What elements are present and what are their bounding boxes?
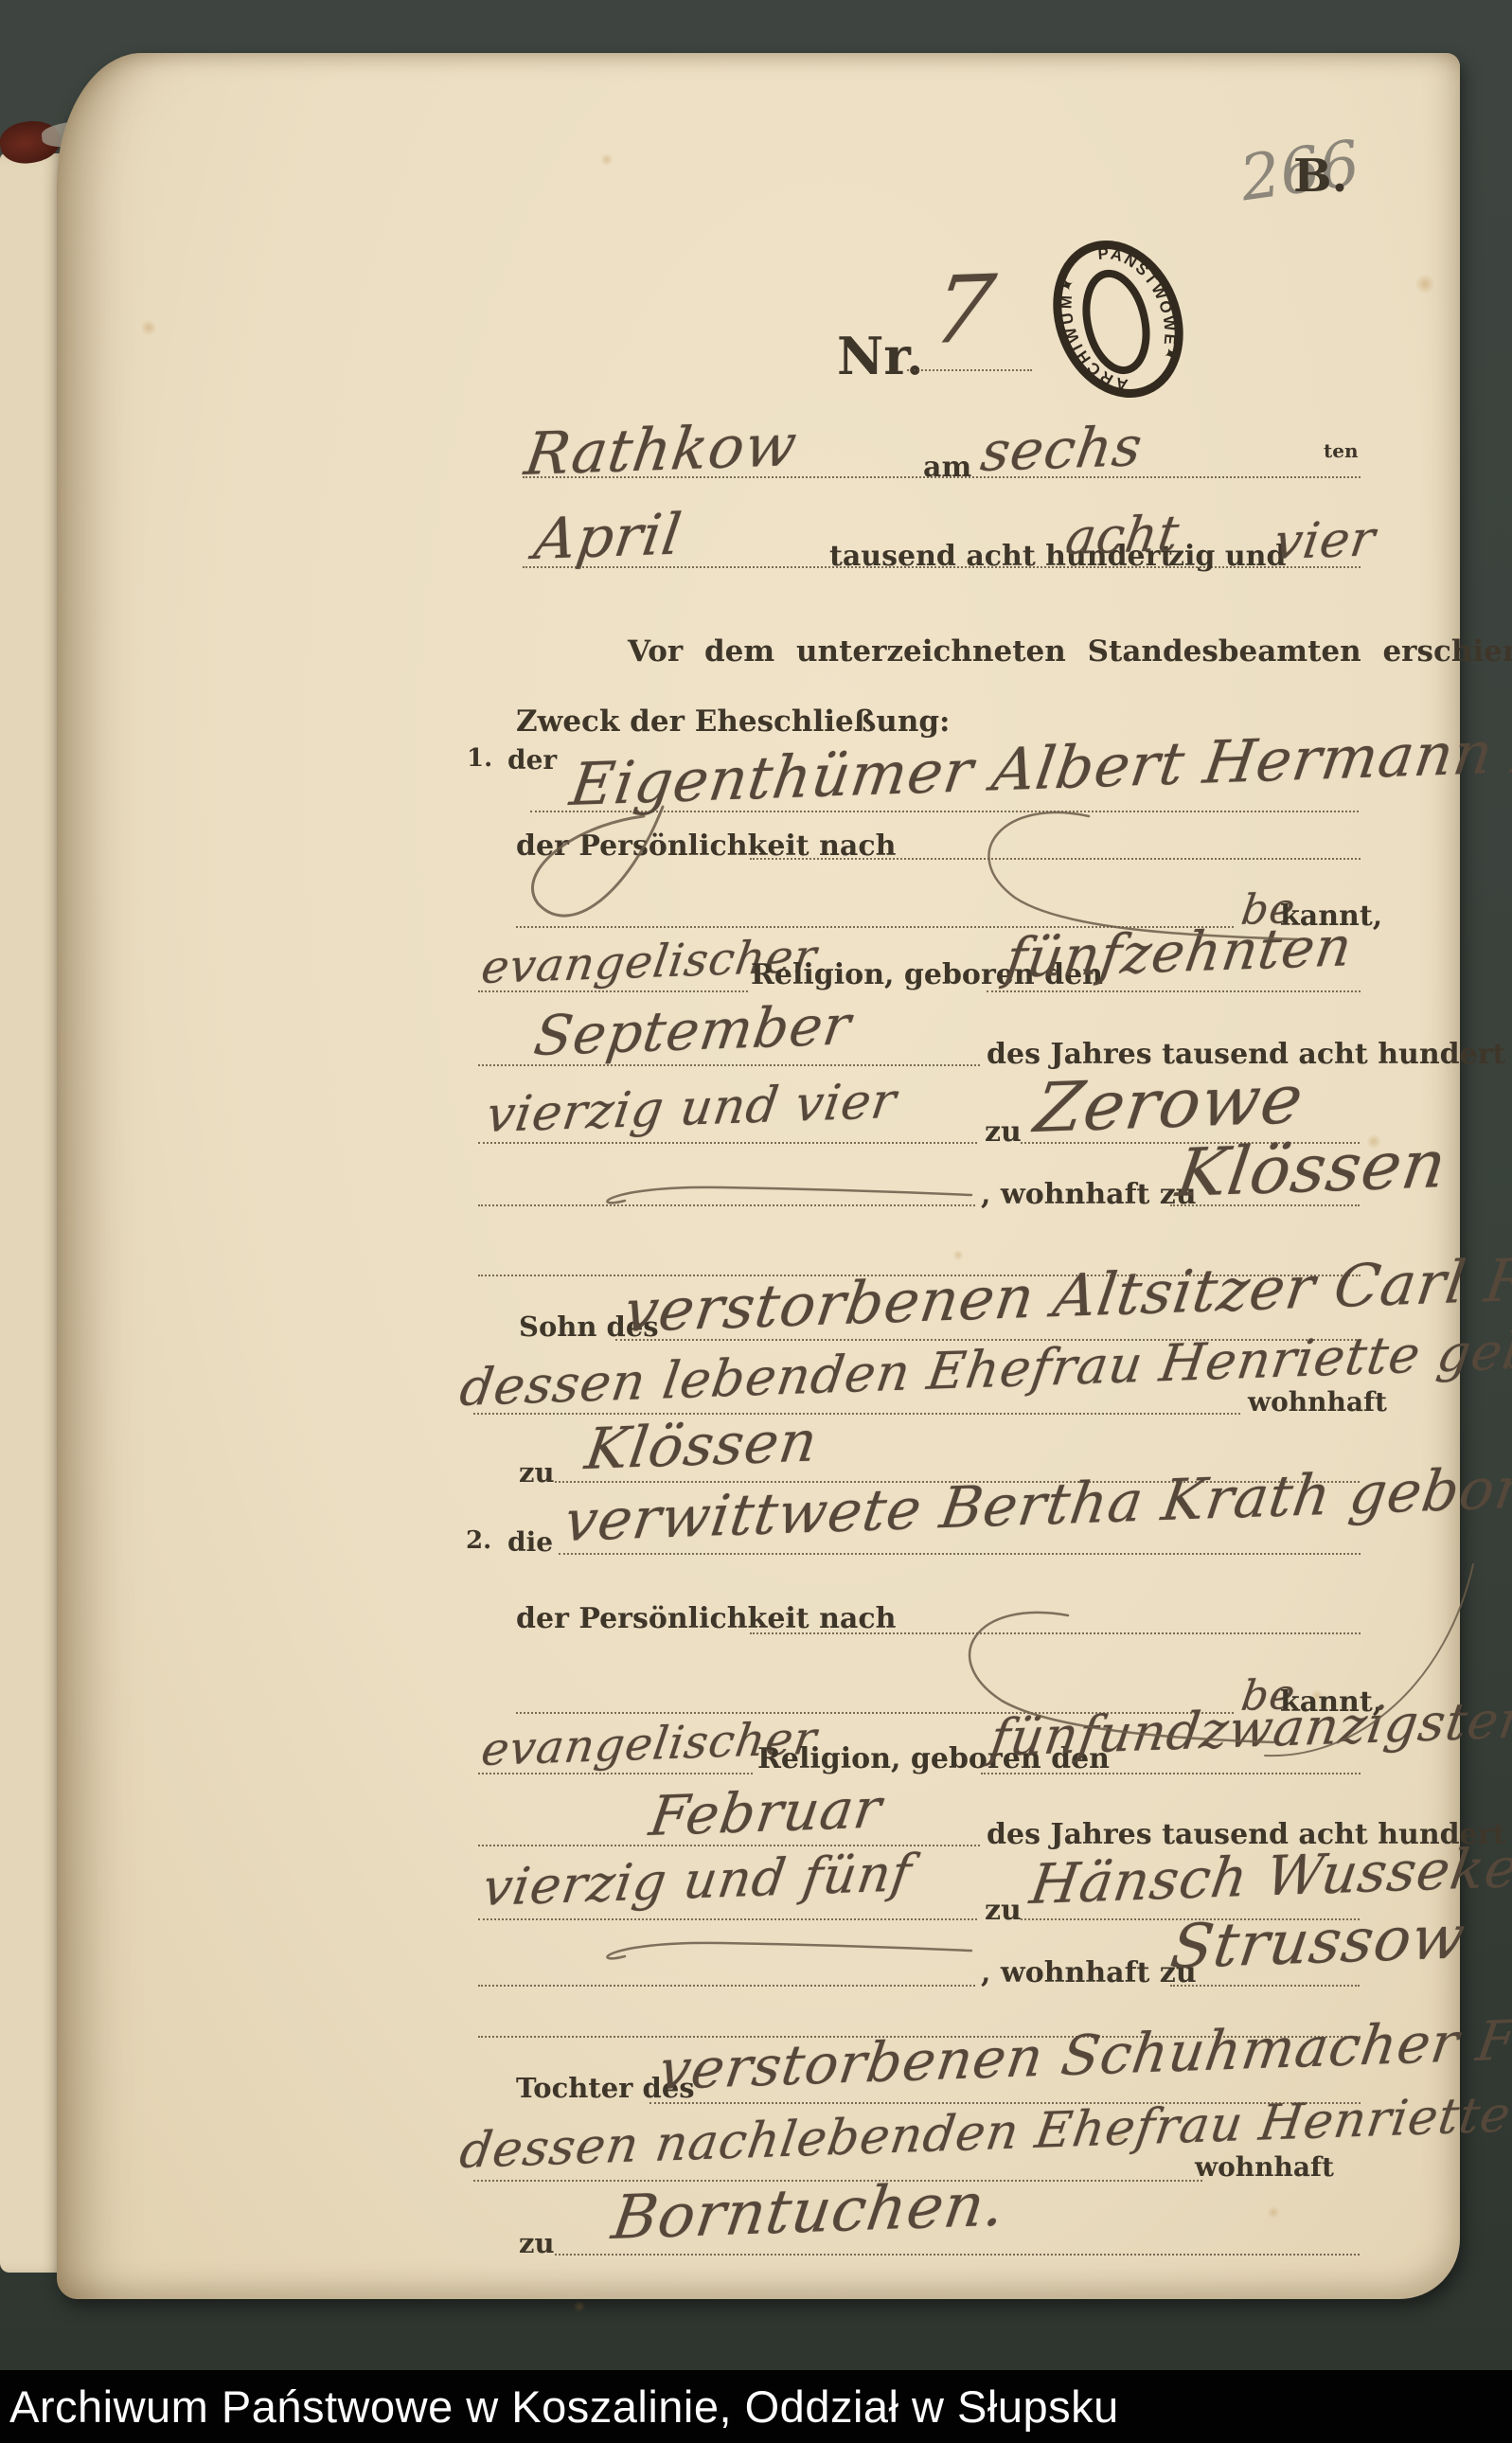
groom-article: der (507, 744, 557, 776)
bride-parents-residence: Borntuchen. (608, 2170, 1010, 2254)
dotted-line (750, 1632, 1361, 1634)
bride-identity-label: der Persönlichkeit nach (516, 1602, 896, 1635)
groom-parents-zu-print: zu (519, 1456, 555, 1489)
bride-parents-zu-print: zu (519, 2227, 555, 2259)
dotted-line (559, 1553, 1361, 1555)
dotted-line (750, 858, 1361, 860)
dotted-line (555, 2254, 1360, 2256)
dotted-line (478, 1918, 977, 1920)
groom-zu-print: zu (985, 1115, 1022, 1149)
dotted-line (478, 1773, 753, 1774)
printed-page-letter: B. (1293, 150, 1347, 203)
dotted-line (1170, 1985, 1360, 1987)
groom-birth-month: September (530, 992, 855, 1068)
archive-caption-bar: Archiwum Państwowe w Koszalinie, Oddział… (0, 2370, 1512, 2443)
bride-resident-print: , wohnhaft zu (981, 1956, 1197, 1989)
dotted-line (981, 1773, 1361, 1774)
intro-line-2: Zweck der Eheschließung: (516, 704, 951, 739)
dotted-line (478, 1142, 977, 1144)
registration-day: sechs (977, 414, 1147, 484)
age-spot (573, 2301, 586, 2312)
bride-article: die (507, 1526, 553, 1558)
groom-item-number: 1. (467, 744, 492, 773)
bride-parents-resident-print: wohnhaft (1195, 2151, 1334, 2183)
dotted-line (530, 811, 1359, 812)
groom-parents-residence: Klössen (581, 1409, 822, 1483)
dotted-line (907, 369, 1032, 371)
groom-parents-resident-print: wohnhaft (1248, 1386, 1387, 1418)
bride-zu-print: zu (985, 1894, 1022, 1927)
printed-zig-und: zig und (1168, 540, 1286, 573)
archive-stamp: PAŃSTWOWE ARCHIWUM ✦ ✦ (1025, 237, 1211, 405)
groom-residence: Klössen (1172, 1125, 1451, 1212)
printed-ten-suffix: ten (1324, 439, 1359, 462)
dotted-line (478, 1985, 975, 1987)
bride-item-number: 2. (466, 1526, 491, 1555)
dotted-line (987, 990, 1361, 992)
groom-birth-day: fünfzehnten (1002, 914, 1357, 990)
registration-month: April (530, 502, 686, 573)
groom-resident-print: , wohnhaft zu (981, 1178, 1197, 1211)
archive-caption: Archiwum Państwowe w Koszalinie, Oddział… (0, 2381, 1119, 2433)
dotted-line (478, 1204, 975, 1206)
year-unit: vier (1271, 510, 1379, 571)
intro-line-1: Vor dem unterzeichneten Standesbeamten e… (628, 634, 1512, 669)
bride-residence: Strussow (1166, 1902, 1470, 1983)
record-number-label: Nr. (837, 326, 924, 386)
year-decade: acht (1062, 506, 1183, 566)
printed-am: am (923, 451, 971, 484)
dotted-line (478, 990, 748, 992)
dotted-line (478, 1064, 980, 1066)
bride-birth-month: Februar (646, 1776, 886, 1848)
dotted-line (1170, 1204, 1360, 1206)
dotted-line (473, 1413, 1240, 1415)
